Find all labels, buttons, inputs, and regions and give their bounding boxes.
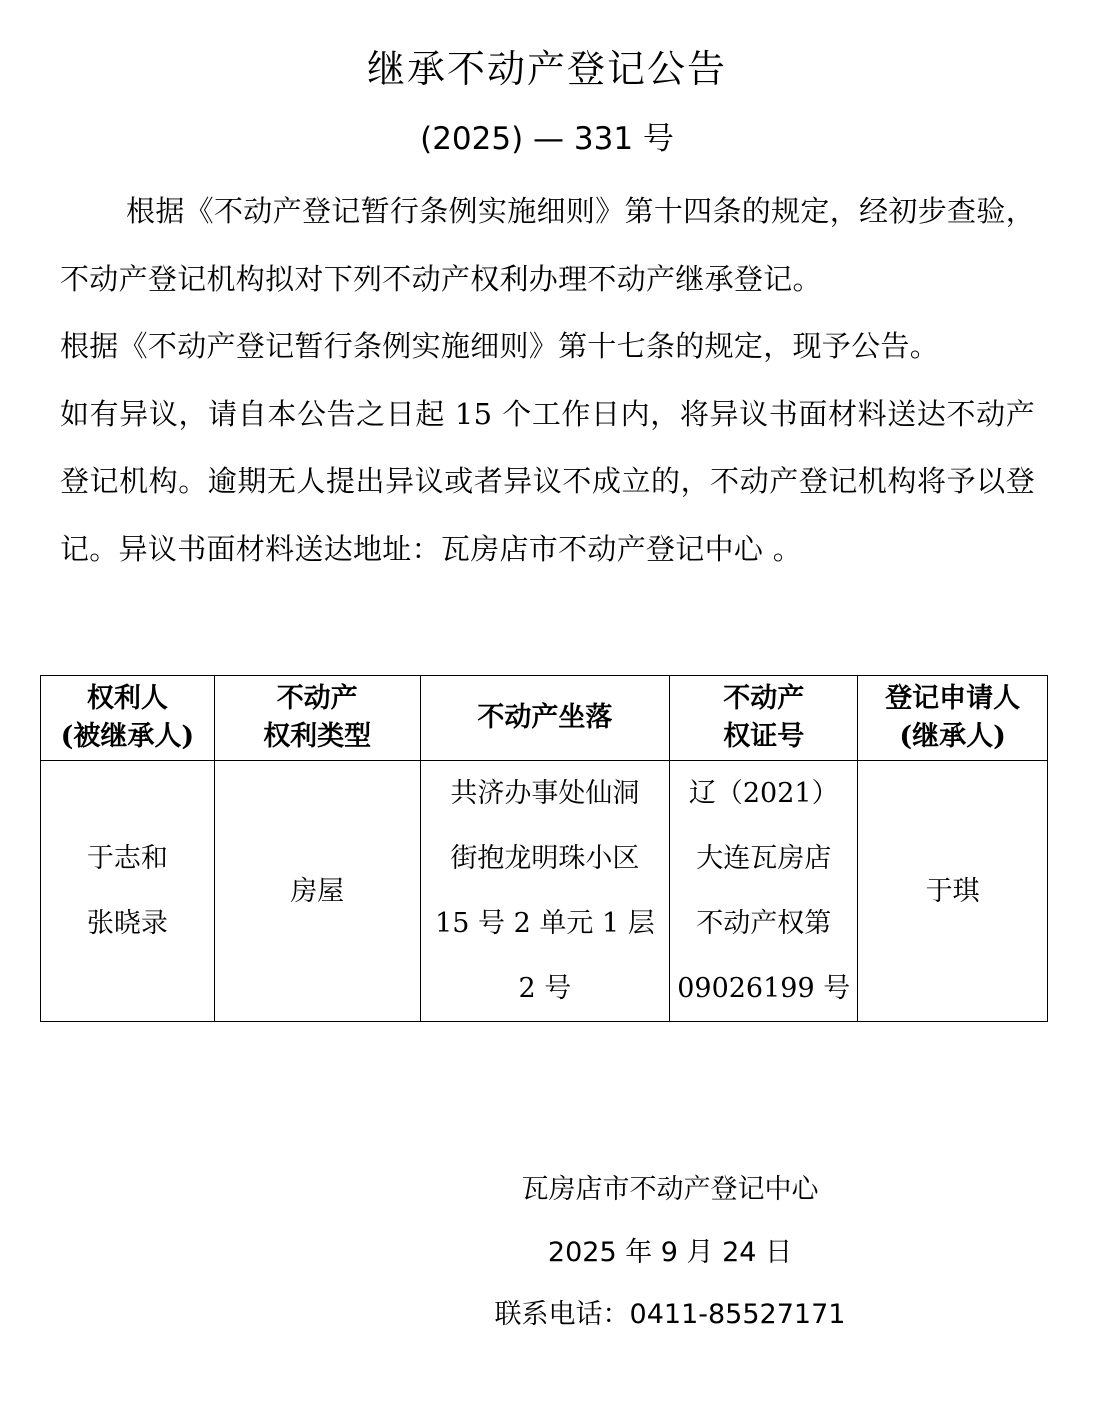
cell-right-type: 房屋	[214, 761, 420, 1022]
issue-date: 2025 年 9 月 24 日	[440, 1230, 900, 1269]
table-row: 于志和 张晓录 房屋 共济办事处仙洞 街抱龙明珠小区 15 号 2 单元 1 层…	[41, 761, 1048, 1022]
contact-phone: 联系电话：0411-85527171	[440, 1292, 900, 1331]
notice-number: (2025) — 331 号	[0, 113, 1094, 158]
cell-applicant: 于琪	[858, 761, 1048, 1022]
cell-certificate-no: 辽（2021） 大连瓦房店 不动产权第 09026199 号	[670, 761, 858, 1022]
paragraph-objection: 如有异议，请自本公告之日起 15 个工作日内，将异议书面材料送达不动产登记机构。…	[60, 381, 1035, 584]
inheritance-table: 权利人 (被继承人) 不动产 权利类型 不动产坐落 不动产 权证号 登记申请人 …	[40, 675, 1048, 1022]
header-right-type: 不动产 权利类型	[214, 676, 420, 761]
notice-body: 根据《不动产登记暂行条例实施细则》第十四条的规定，经初步查验，不动产登记机构拟对…	[60, 178, 1035, 583]
table-header-row: 权利人 (被继承人) 不动产 权利类型 不动产坐落 不动产 权证号 登记申请人 …	[41, 676, 1048, 761]
paragraph-legal-basis: 根据《不动产登记暂行条例实施细则》第十四条的规定，经初步查验，不动产登记机构拟对…	[60, 178, 1035, 313]
paragraph-announcement: 根据《不动产登记暂行条例实施细则》第十七条的规定，现予公告。	[60, 313, 1035, 381]
cell-right-holders: 于志和 张晓录	[41, 761, 215, 1022]
cell-location: 共济办事处仙洞 街抱龙明珠小区 15 号 2 单元 1 层 2 号	[420, 761, 670, 1022]
header-right-holder: 权利人 (被继承人)	[41, 676, 215, 761]
notice-title: 继承不动产登记公告	[0, 38, 1094, 93]
header-certificate-no: 不动产 权证号	[670, 676, 858, 761]
issuer-name: 瓦房店市不动产登记中心	[440, 1167, 900, 1206]
header-applicant: 登记申请人 (继承人)	[858, 676, 1048, 761]
header-location: 不动产坐落	[420, 676, 670, 761]
